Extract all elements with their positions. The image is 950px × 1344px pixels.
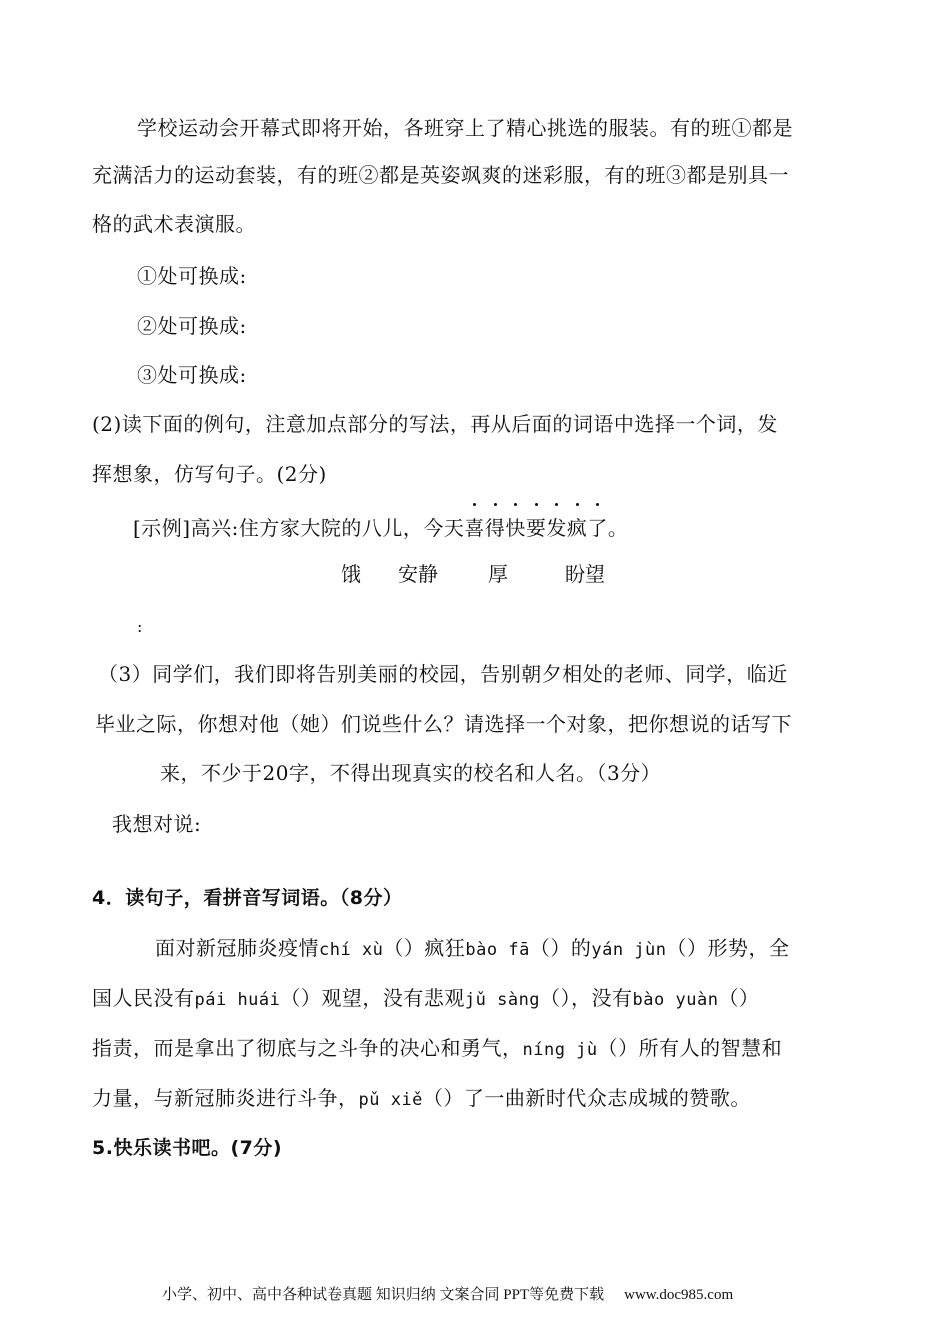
pinyin: chí xù — [319, 940, 383, 960]
replace-prompt-2: ②处可换成: — [137, 314, 247, 338]
page-footer: 小学、初中、高中各种试卷真题 知识归纳 文案合同 PPT等免费下载www.doc… — [162, 1285, 733, 1305]
section-5-heading: 5.快乐读书吧。(7分) — [92, 1136, 282, 1160]
question-3-instruction-line-1: （3）同学们，我们即将告别美丽的校园，告别朝夕相处的老师、同学，临近 — [98, 662, 788, 686]
replace-prompt-3: ③处可换成: — [137, 363, 247, 387]
question-2-instruction-line-2: 挥想象，仿写句子。(2分) — [92, 462, 327, 486]
word-choice-1: 饿 — [341, 562, 361, 586]
example-suffix: 。 — [608, 516, 629, 540]
passage-line-1: 学校运动会开幕式即将开始，各班穿上了精心挑选的服装。有的班①都是 — [137, 116, 793, 140]
pinyin-line-1: 面对新冠肺炎疫情chí xù（）疯狂bào fā（）的yán jùn（）形势，全 — [155, 936, 790, 962]
pinyin-line-3: 指责，而是拿出了彻底与之斗争的决心和勇气，níng jù（）所有人的智慧和 — [92, 1036, 782, 1062]
pinyin: jǔ sàng — [465, 990, 540, 1010]
footer-url[interactable]: www.doc985.com — [624, 1287, 733, 1303]
word-choice-3: 厚 — [488, 562, 508, 586]
pinyin: yán jùn — [591, 940, 666, 960]
pinyin: bào yuàn — [633, 990, 719, 1010]
word-choice-2: 安静 — [398, 562, 438, 586]
emphasis-dots — [464, 503, 608, 506]
answer-prompt: 我想对说: — [112, 812, 201, 836]
passage-line-2: 充满活力的运动套装，有的班②都是英姿飒爽的迷彩服，有的班③都是别具一 — [92, 163, 789, 187]
pinyin: pǔ xiě — [359, 1090, 423, 1110]
question-2-instruction-line-1: (2)读下面的例句，注意加点部分的写法，再从后面的词语中选择一个词，发 — [92, 412, 778, 436]
footer-text: 小学、初中、高中各种试卷真题 知识归纳 文案合同 PPT等免费下载 — [162, 1287, 604, 1303]
replace-prompt-1: ①处可换成: — [137, 264, 247, 288]
pinyin-line-4: 力量，与新冠肺炎进行斗争，pǔ xiě（）了一曲新时代众志成城的赞歌。 — [92, 1086, 751, 1112]
question-3-instruction-line-3: 来，不少于20字，不得出现真实的校名和人名。（3分） — [160, 761, 661, 785]
pinyin: níng jù — [523, 1040, 598, 1060]
passage-line-3: 格的武术表演服。 — [92, 212, 256, 236]
question-3-instruction-line-2: 毕业之际，你想对他（她）们说些什么？请选择一个对象，把你想说的话写下 — [95, 712, 792, 736]
example-emphasis: 喜得快要发疯了 — [464, 516, 608, 540]
pinyin-line-2: 国人民没有pái huái（）观望，没有悲观jǔ sàng（），没有bào yu… — [92, 986, 759, 1012]
pinyin: pái huái — [195, 990, 281, 1010]
word-choice-4: 盼望 — [565, 562, 605, 586]
example-sentence: [示例]高兴:住方家大院的八儿，今天喜得快要发疯了。 — [133, 516, 628, 540]
answer-colon: : — [137, 615, 143, 639]
pinyin: bào fā — [465, 940, 529, 960]
section-4-heading: 4．读句子，看拼音写词语。（8分） — [92, 886, 402, 910]
example-prefix: [示例]高兴:住方家大院的八儿，今天 — [133, 516, 464, 540]
